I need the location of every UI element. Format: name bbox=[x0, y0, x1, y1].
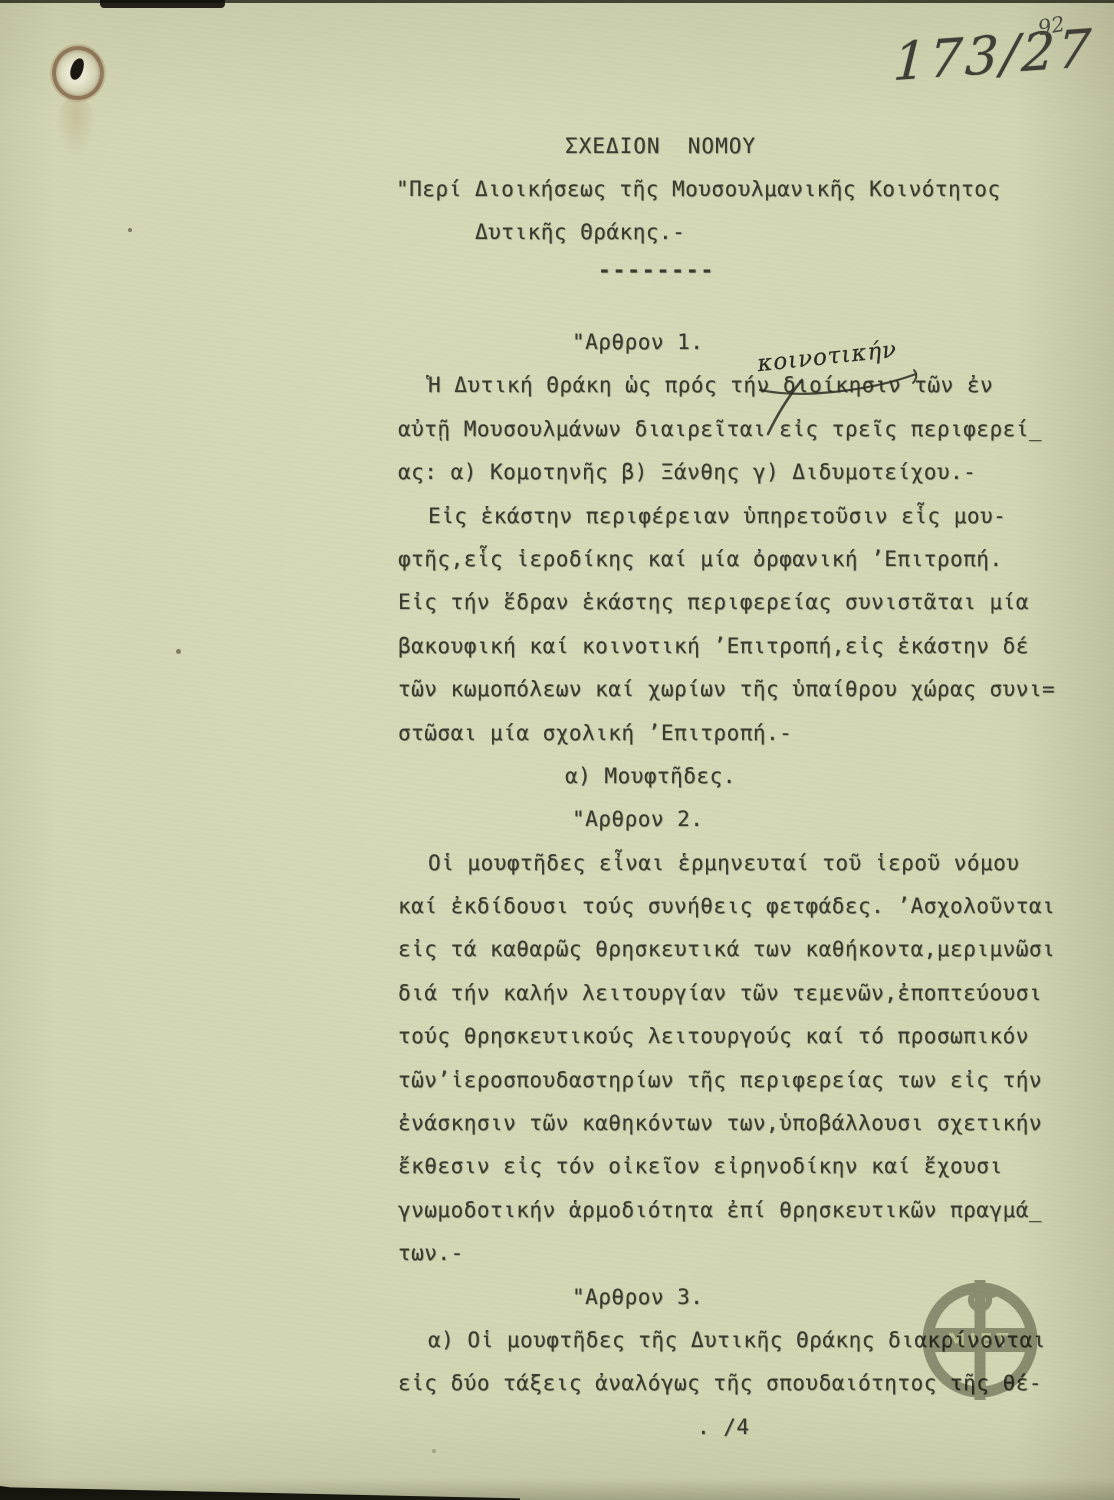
page-continuation-marker: . /4 bbox=[398, 1406, 1088, 1449]
typed-line: τῶν κωμοπόλεων καί χωρίων τῆς ὑπαίθρου χ… bbox=[398, 668, 1088, 711]
typed-line: Ἡ Δυτική Θράκη ὡς πρός τήν διοίκησιν τῶν… bbox=[398, 364, 1088, 407]
typed-line: ἐνάσκησιν τῶν καθηκόντων των,ὑποβάλλουσι… bbox=[398, 1102, 1088, 1145]
scan-bottom-shadow bbox=[0, 1478, 1114, 1500]
typed-line: καί ἐκδίδουσι τούς συνήθεις φετφάδες. ’Α… bbox=[398, 885, 1088, 928]
archive-stamp-watermark: ΜΙΕΤ bbox=[918, 1276, 1042, 1404]
typed-line: τῶν’ἱεροσπουδαστηρίων τῆς περιφερείας τω… bbox=[398, 1059, 1088, 1102]
typed-line: Οἱ μουφτῆδες εἶναι ἑρμηνευταί τοῦ ἱεροῦ … bbox=[398, 842, 1088, 885]
scanned-document-page: 173/27 92 ΣΧΕΔΙΟΝ ΝΟΜΟΥ "Περί Διοικήσεως… bbox=[0, 0, 1114, 1500]
article-2-heading: "Αρθρον 2. bbox=[398, 798, 1088, 841]
document-title: ΣΧΕΔΙΟΝ ΝΟΜΟΥ bbox=[565, 134, 756, 158]
typed-line: γνωμοδοτικήν ἁρμοδιότητα ἐπί θρησκευτικῶ… bbox=[398, 1189, 1088, 1232]
scan-top-edge-thick bbox=[100, 0, 225, 8]
typed-line: βακουφική καί κοινοτική ’Επιτροπή,εἰς ἑκ… bbox=[398, 625, 1088, 668]
punch-hole-center bbox=[69, 57, 86, 81]
document-subtitle-line2: Δυτικῆς Θράκης.- bbox=[475, 220, 685, 244]
typed-line: Εἰς ἑκάστην περιφέρειαν ὑπηρετοῦσιν εἷς … bbox=[398, 495, 1088, 538]
handwritten-archive-superscript: 92 bbox=[1036, 12, 1066, 40]
typed-line: αὐτῇ Μουσουλμάνων διαιρεῖται εἰς τρεῖς π… bbox=[398, 408, 1088, 451]
typed-line: ἔκθεσιν εἰς τόν οἰκεῖον εἰρηνοδίκην καί … bbox=[398, 1145, 1088, 1188]
typed-line: φτῆς,εἷς ἱεροδίκης καί μία ὀρφανική ’Επι… bbox=[398, 538, 1088, 581]
typed-line: διά τήν καλήν λειτουργίαν τῶν τεμενῶν,ἐπ… bbox=[398, 972, 1088, 1015]
typed-line: Εἰς τήν ἕδραν ἑκάστης περιφερείας συνιστ… bbox=[398, 581, 1088, 624]
typed-line: εἰς τά καθαρῶς θρησκευτικά των καθήκοντα… bbox=[398, 928, 1088, 971]
title-divider-dashes: -------- bbox=[598, 258, 715, 282]
article-1-subheading-muftis: α) Μουφτῆδες. bbox=[398, 755, 1088, 798]
stamp-text: ΜΙΕΤ bbox=[947, 1330, 1012, 1351]
paper-speck bbox=[432, 1449, 436, 1453]
article-1-heading: "Αρθρον 1. bbox=[398, 321, 1088, 364]
paper-speck bbox=[176, 649, 181, 654]
paper-speck bbox=[128, 228, 132, 232]
rust-stain bbox=[56, 96, 96, 158]
document-subtitle-line1: "Περί Διοικήσεως τῆς Μουσουλμανικῆς Κοιν… bbox=[396, 177, 1001, 201]
typed-line: των.- bbox=[398, 1232, 1088, 1275]
typed-line: ας: α) Κομοτηνῆς β) Ξάνθης γ) Διδυμοτείχ… bbox=[398, 451, 1088, 494]
typed-line: στῶσαι μία σχολική ’Επιτροπή.- bbox=[398, 712, 1088, 755]
typed-line: τούς θρησκευτικούς λειτουργούς καί τό πρ… bbox=[398, 1015, 1088, 1058]
punch-hole-mark bbox=[52, 46, 104, 100]
